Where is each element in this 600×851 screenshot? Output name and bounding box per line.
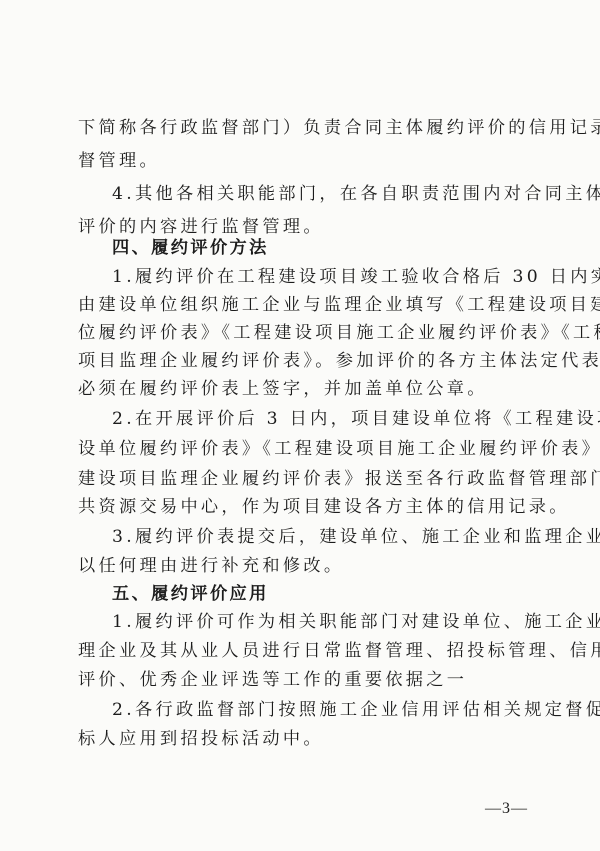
paragraph-start: 1.履约评价可作为相关职能部门对建设单位、施工企业和监: [112, 611, 600, 633]
text-line: 建设项目监理企业履约评价表》报送至各行政监督管理部门和公: [78, 468, 600, 490]
text-line: 标人应用到招投标活动中。: [78, 728, 324, 750]
text-line: 督管理。: [78, 150, 160, 172]
paragraph-start: 2.各行政监督部门按照施工企业信用评估相关规定督促招: [112, 699, 600, 721]
text-line: 设单位履约评价表》《工程建设项目施工企业履约评价表》《工程: [78, 438, 600, 460]
paragraph-start: 1.履约评价在工程建设项目竣工验收合格后 30 日内实施，: [112, 266, 600, 288]
text-line: 理企业及其从业人员进行日常监督管理、招投标管理、信用等级: [78, 640, 600, 662]
text-line: 项目监理企业履约评价表》。参加评价的各方主体法定代表人，: [78, 350, 600, 372]
text-line: 必须在履约评价表上签字，并加盖单位公章。: [78, 378, 488, 400]
section-heading-5: 五、履约评价应用: [112, 583, 269, 605]
text-line: 由建设单位组织施工企业与监理企业填写《工程建设项目建设单: [78, 294, 600, 316]
paragraph-start: 3.履约评价表提交后，建设单位、施工企业和监理企业不得: [112, 526, 600, 548]
page-number: —3—: [485, 800, 528, 818]
paragraph-start: 2.在开展评价后 3 日内，项目建设单位将《工程建设项目建: [112, 408, 600, 430]
section-heading-4: 四、履约评价方法: [112, 237, 269, 259]
text-line: 共资源交易中心，作为项目建设各方主体的信用记录。: [78, 496, 570, 518]
text-line: 评价、优秀企业评选等工作的重要依据之一: [78, 669, 467, 691]
text-line: 评价的内容进行监督管理。: [78, 216, 324, 238]
text-line: 位履约评价表》《工程建设项目施工企业履约评价表》《工程建设: [78, 322, 600, 344]
text-line: 下简称各行政监督部门）负责合同主体履约评价的信用记录与监: [78, 117, 600, 139]
text-line: 以任何理由进行补充和修改。: [78, 555, 344, 577]
paragraph-start: 4.其他各相关职能部门，在各自职责范围内对合同主体履约: [112, 183, 600, 205]
